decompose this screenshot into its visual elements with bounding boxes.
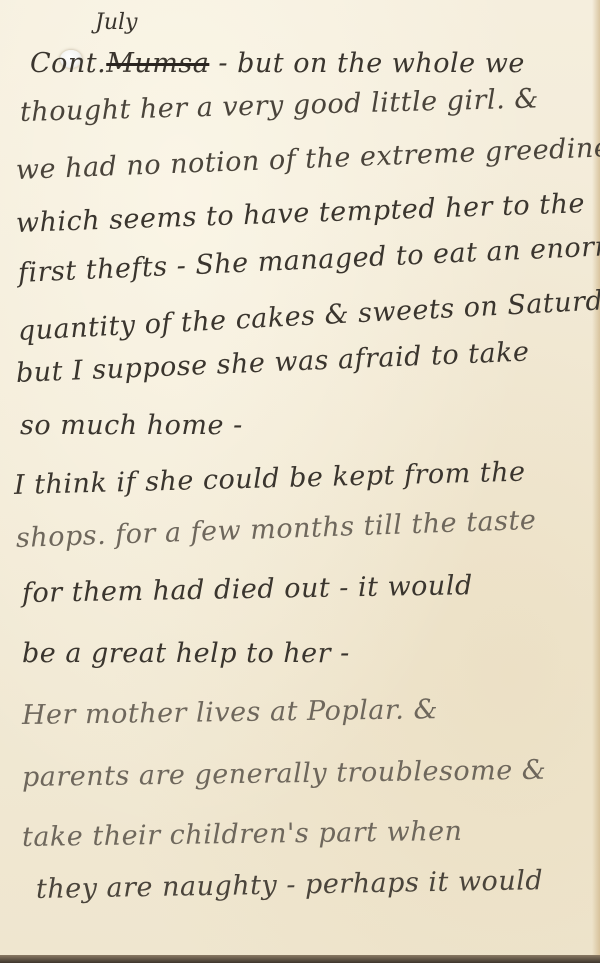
letter-page: July Cont.Mumsa - but on the whole we th…: [0, 0, 600, 963]
text-line-12: be a great help to her -: [22, 638, 350, 670]
text-line-13: Her mother lives at Poplar. &: [22, 694, 438, 732]
text-line-11: for them had died out - it would: [22, 570, 473, 610]
paper-edge-bottom: [0, 955, 600, 963]
text-line-9: I think if she could be kept from the: [14, 457, 526, 502]
text-line-4: which seems to have tempted her to the: [15, 188, 585, 240]
text-line-5: first thefts - She managed to eat an eno…: [17, 228, 600, 290]
line-text: - but on the whole we: [209, 48, 524, 79]
text-line-14: parents are generally troublesome &: [22, 755, 547, 794]
text-line-2: thought her a very good little girl. &: [20, 83, 540, 129]
text-line-3: we had no notion of the extreme greedine…: [15, 131, 600, 187]
text-line-1: Cont.Mumsa - but on the whole we: [30, 48, 525, 80]
text-line-16: they are naughty - perhaps it would: [36, 865, 544, 906]
text-line-15: take their children's part when: [22, 816, 463, 854]
inserted-word: July: [95, 10, 137, 35]
struck-word: Mumsa: [106, 48, 209, 79]
text-line-7: but I suppose she was afraid to take: [15, 336, 530, 389]
line-prefix: Cont.: [30, 48, 106, 79]
text-line-10: shops. for a few months till the taste: [15, 505, 536, 555]
text-line-8: so much home -: [20, 410, 243, 442]
